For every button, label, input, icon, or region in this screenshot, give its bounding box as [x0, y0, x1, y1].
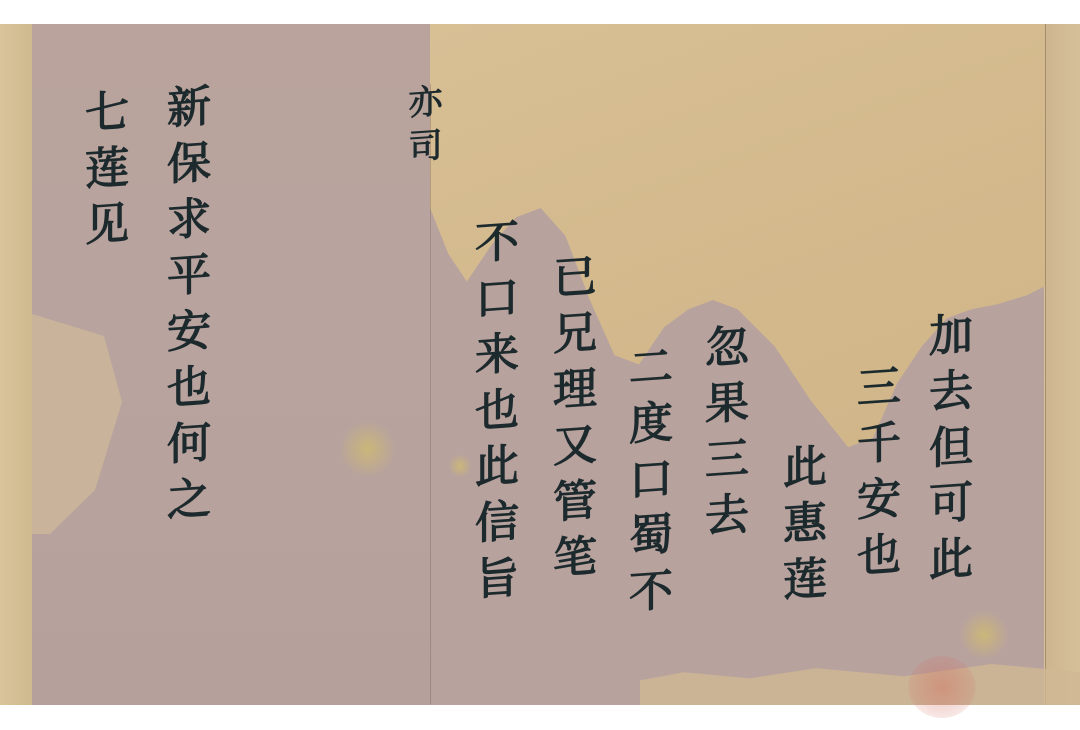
yellow-stain: [340, 419, 395, 479]
calligraphy-column: 不口来也此信旨: [470, 217, 514, 612]
calligraphy-column: 七莲见: [80, 87, 124, 258]
manuscript-scroll: 加去但可此 三千安也 此惠莲 忽果三去 二度口蜀不 已兄理又管笔 不口来也此信旨…: [0, 24, 1080, 705]
calligraphy-column: 亦司: [405, 83, 439, 173]
yellow-stain: [960, 609, 1008, 661]
calligraphy-column: 此惠莲: [778, 442, 822, 613]
calligraphy-column: 三千安也: [852, 362, 896, 589]
right-mount-edge: [1045, 24, 1080, 705]
paper-seam: [430, 84, 431, 704]
calligraphy-column: 二度口蜀不: [624, 342, 668, 625]
calligraphy-column: 新保求平安也何之: [162, 82, 206, 533]
left-mount-edge: [0, 24, 32, 705]
calligraphy-column: 已兄理又管笔: [548, 252, 592, 591]
calligraphy-column: 忽果三去: [700, 322, 744, 549]
calligraphy-column: 加去但可此: [924, 310, 968, 593]
red-seal-stamp: [908, 656, 976, 718]
